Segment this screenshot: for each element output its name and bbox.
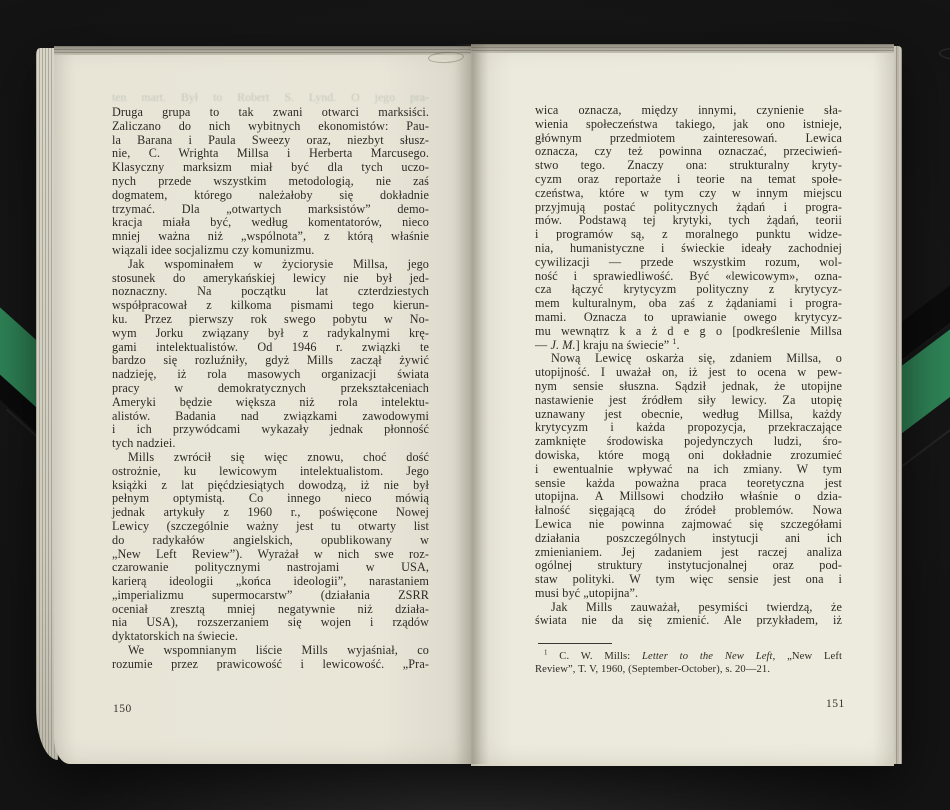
text-line: nym sensie słuszna. Sądził jednak, że ut…: [535, 380, 842, 394]
text-line: trzymać. Dla „otwartych marksistów” demo…: [112, 203, 429, 217]
text-line: zmienianiem. Jej zadaniem jest raczej an…: [535, 546, 842, 560]
text-line: łalność sięgającą do źródeł problemów. N…: [535, 504, 842, 518]
left-page-number: 150: [113, 703, 132, 715]
text-line: nastawienie jest źródłem siły lewicy. Za…: [535, 394, 842, 408]
text-line: Ameryki będzie większa niż rola intelekt…: [112, 396, 429, 410]
text-line: oznacza, czy też powinna oznaczać, przec…: [535, 145, 842, 159]
text-line: wiązali idee socjalizmu czy komunizmu.: [112, 244, 429, 258]
text-line: ogólnej struktury instytucjonalnej oraz …: [535, 559, 842, 573]
text-line: sensie każda poważna praca teoretyczna j…: [535, 477, 842, 491]
text-line: mu wewnątrz k a ż d e g o [podkreślenie …: [535, 325, 842, 339]
text-line: bardzo się rozluźniły, gdyż Mills zaczął…: [112, 354, 429, 368]
text-line: „New Left Review”). Wyrażał w nich swe r…: [112, 548, 429, 562]
text-line: tych nadziei.: [112, 437, 429, 451]
text-line: Klasyczny marksizm miał być dla tych ucz…: [112, 161, 429, 175]
text-line: mów. Podstawą tej krytyki, tych żądań, t…: [535, 214, 842, 228]
text-line: dowiska, które mogą oni dokładnie zrozum…: [535, 449, 842, 463]
text-line: stosunek do amerykańskiej lewicy nie był…: [112, 272, 429, 286]
text-line: Nową Lewicę oskarża się, zdaniem Millsa,…: [535, 352, 842, 366]
text-line: jednak artykuły z 1960 r., poświęcone No…: [112, 506, 429, 520]
right-page-number: 151: [826, 698, 845, 710]
text-line: We wspomnianym liście Mills wyjaśniał, c…: [112, 644, 429, 658]
edge-stamp-mark: [428, 51, 465, 64]
text-line: książki z lat pięćdziesiątych dowodzą, i…: [112, 479, 429, 493]
text-line: la Barana i Paula Sweezy oraz, niezbyt s…: [112, 134, 429, 148]
text-line: i ewentualnie wpływać na ich zmiany. W t…: [535, 463, 842, 477]
text-line: rozumie przez prawicowość i lewicowość. …: [112, 658, 429, 672]
text-line: pracy w demokratycznych przekształceniac…: [112, 382, 429, 396]
text-line: nych przede wszystkim metodologią, nie z…: [112, 175, 429, 189]
page-stack-right-edge: [894, 46, 902, 764]
text-line: pełnym optymistą. Co innego nieco mówią: [112, 492, 429, 506]
text-line: alistów. Badania nad związkami zawodowym…: [112, 410, 429, 424]
text-line: do radykałów angielskich, opublikowany w: [112, 534, 429, 548]
footnote: 1 C. W. Mills: Letter to the New Left, „…: [535, 650, 842, 676]
text-line: mem kulturalnym, oba zaś z żądaniami i p…: [535, 297, 842, 311]
text-line: cyzm oraz reportaże i teorie na temat sp…: [535, 173, 842, 187]
text-line: Review”, T. V, 1960, (September-October)…: [535, 663, 842, 676]
text-line: gami intelektualistów. Od 1946 r. związk…: [112, 341, 429, 355]
left-page-top-edge: [54, 46, 471, 55]
text-line: uznawany jest obecnie, według Millsa, ka…: [535, 408, 842, 422]
text-line: karierą ideologii „końca ideologii”, nar…: [112, 575, 429, 589]
text-line: utopijna. A Millsowi chodziło właśnie o …: [535, 490, 842, 504]
right-page-top-edge: [471, 44, 894, 53]
text-line: dogmatem, którego należałoby się dokładn…: [112, 189, 429, 203]
text-line: ostrożnie, ku lewicowym intelektualistom…: [112, 465, 429, 479]
text-line: „imperializmu supermocarstw” (działania …: [112, 589, 429, 603]
text-line: oceniał zresztą mniej negatywnie niż dzi…: [112, 603, 429, 617]
text-line: nia, humanistyczne i świeckie ideały zac…: [535, 242, 842, 256]
right-page-text: wica oznacza, między innymi, czynienie s…: [535, 104, 842, 628]
text-line: cza łączyć krytycyzm polityczny z krytyc…: [535, 283, 842, 297]
text-line: Zaliczano do nich wybitnych ekonomistów:…: [112, 120, 429, 134]
text-line: wym Jorku związany był z radykalnymi krę…: [112, 327, 429, 341]
text-line: nadzieję, iż rola masowych organizacji ś…: [112, 368, 429, 382]
text-line: i ich przywódcami wykazały jednak płonno…: [112, 423, 429, 437]
text-line: i programów są, z moralnego punktu widze…: [535, 228, 842, 242]
text-line: zamknięte środowiska pojedynczych ludzi,…: [535, 435, 842, 449]
text-line: — J. M.] kraju na świecie” 1.: [535, 339, 842, 353]
text-line: działania poszczególnych instytucji ani …: [535, 532, 842, 546]
text-line: wienia społeczeństwa takiego, jak ono is…: [535, 118, 842, 132]
text-line: przyjmują postać politycznych żądań i pr…: [535, 201, 842, 215]
text-line: czeństwa, które w tym czy w innym miejsc…: [535, 187, 842, 201]
open-book: ten mart. Był to Robert S. Lynd. O jego …: [36, 42, 902, 768]
text-line: głównym przedmiotem zainteresowań. Lewic…: [535, 132, 842, 146]
ghost-bleedthrough-line: ten mart. Był to Robert S. Lynd. O jego …: [112, 90, 429, 105]
text-line: ność i sprawiedliwość. Być «lewicowym», …: [535, 270, 842, 284]
text-line: utopijność. I uważał on, iż jest to ocen…: [535, 366, 842, 380]
text-line: stwo tego. Znaczy ona: strukturalny kryt…: [535, 159, 842, 173]
text-line: Lewicy (szczególnie ważny jest tu otwart…: [112, 520, 429, 534]
text-line: cywilizacji — przede wszystkim rozum, wo…: [535, 256, 842, 270]
text-line: musi być „utopijna”.: [535, 587, 842, 601]
text-line: Druga grupa to tak zwani otwarci marksiś…: [112, 106, 429, 120]
text-line: mniej ważna niż „wspólnota”, z którą wła…: [112, 230, 429, 244]
text-line: kracja miała być, według komentatorów, n…: [112, 216, 429, 230]
text-line: wica oznacza, między innymi, czynienie s…: [535, 104, 842, 118]
right-page: wica oznacza, między innymi, czynienie s…: [471, 44, 894, 766]
left-page: ten mart. Był to Robert S. Lynd. O jego …: [54, 46, 471, 764]
left-page-text: Druga grupa to tak zwani otwarci marksiś…: [112, 106, 429, 672]
text-line: nie, C. Wrighta Millsa i Herberta Marcus…: [112, 147, 429, 161]
text-line: Lewica nie powinna zajmować się szczegół…: [535, 518, 842, 532]
text-line: krytycyzm i każda propozycja, przekracza…: [535, 421, 842, 435]
text-line: ku. Przez pierwszy rok swego pobytu w No…: [112, 313, 429, 327]
text-line: Mills zwrócił się więc znowu, choć dość: [112, 451, 429, 465]
text-line: mami. Oznacza to uprawianie owego krytyc…: [535, 311, 842, 325]
text-line: współpracował z kilkoma pismami tego kie…: [112, 299, 429, 313]
edge-stamp-mark: [939, 46, 950, 62]
text-line: 1 C. W. Mills: Letter to the New Left, „…: [535, 650, 842, 663]
text-line: staw polityki. W tym więc sensie jest on…: [535, 573, 842, 587]
text-line: czarowanie politycznymi nastrojami w USA…: [112, 561, 429, 575]
text-line: noznaczny. Na początku lat czterdziestyc…: [112, 285, 429, 299]
text-line: Jak wspominałem w życiorysie Millsa, jeg…: [112, 258, 429, 272]
book-photo-scene: ten mart. Był to Robert S. Lynd. O jego …: [0, 0, 950, 810]
text-line: Jak Mills zauważał, pesymiści twierdzą, …: [535, 601, 842, 615]
text-line: świata nie da się zmienić. Ale przykłade…: [535, 614, 842, 628]
text-line: dyktatorskich na świecie.: [112, 630, 429, 644]
footnote-separator-rule: [538, 643, 612, 644]
text-line: nia USA), rozszerzaniem się wojen i rząd…: [112, 616, 429, 630]
